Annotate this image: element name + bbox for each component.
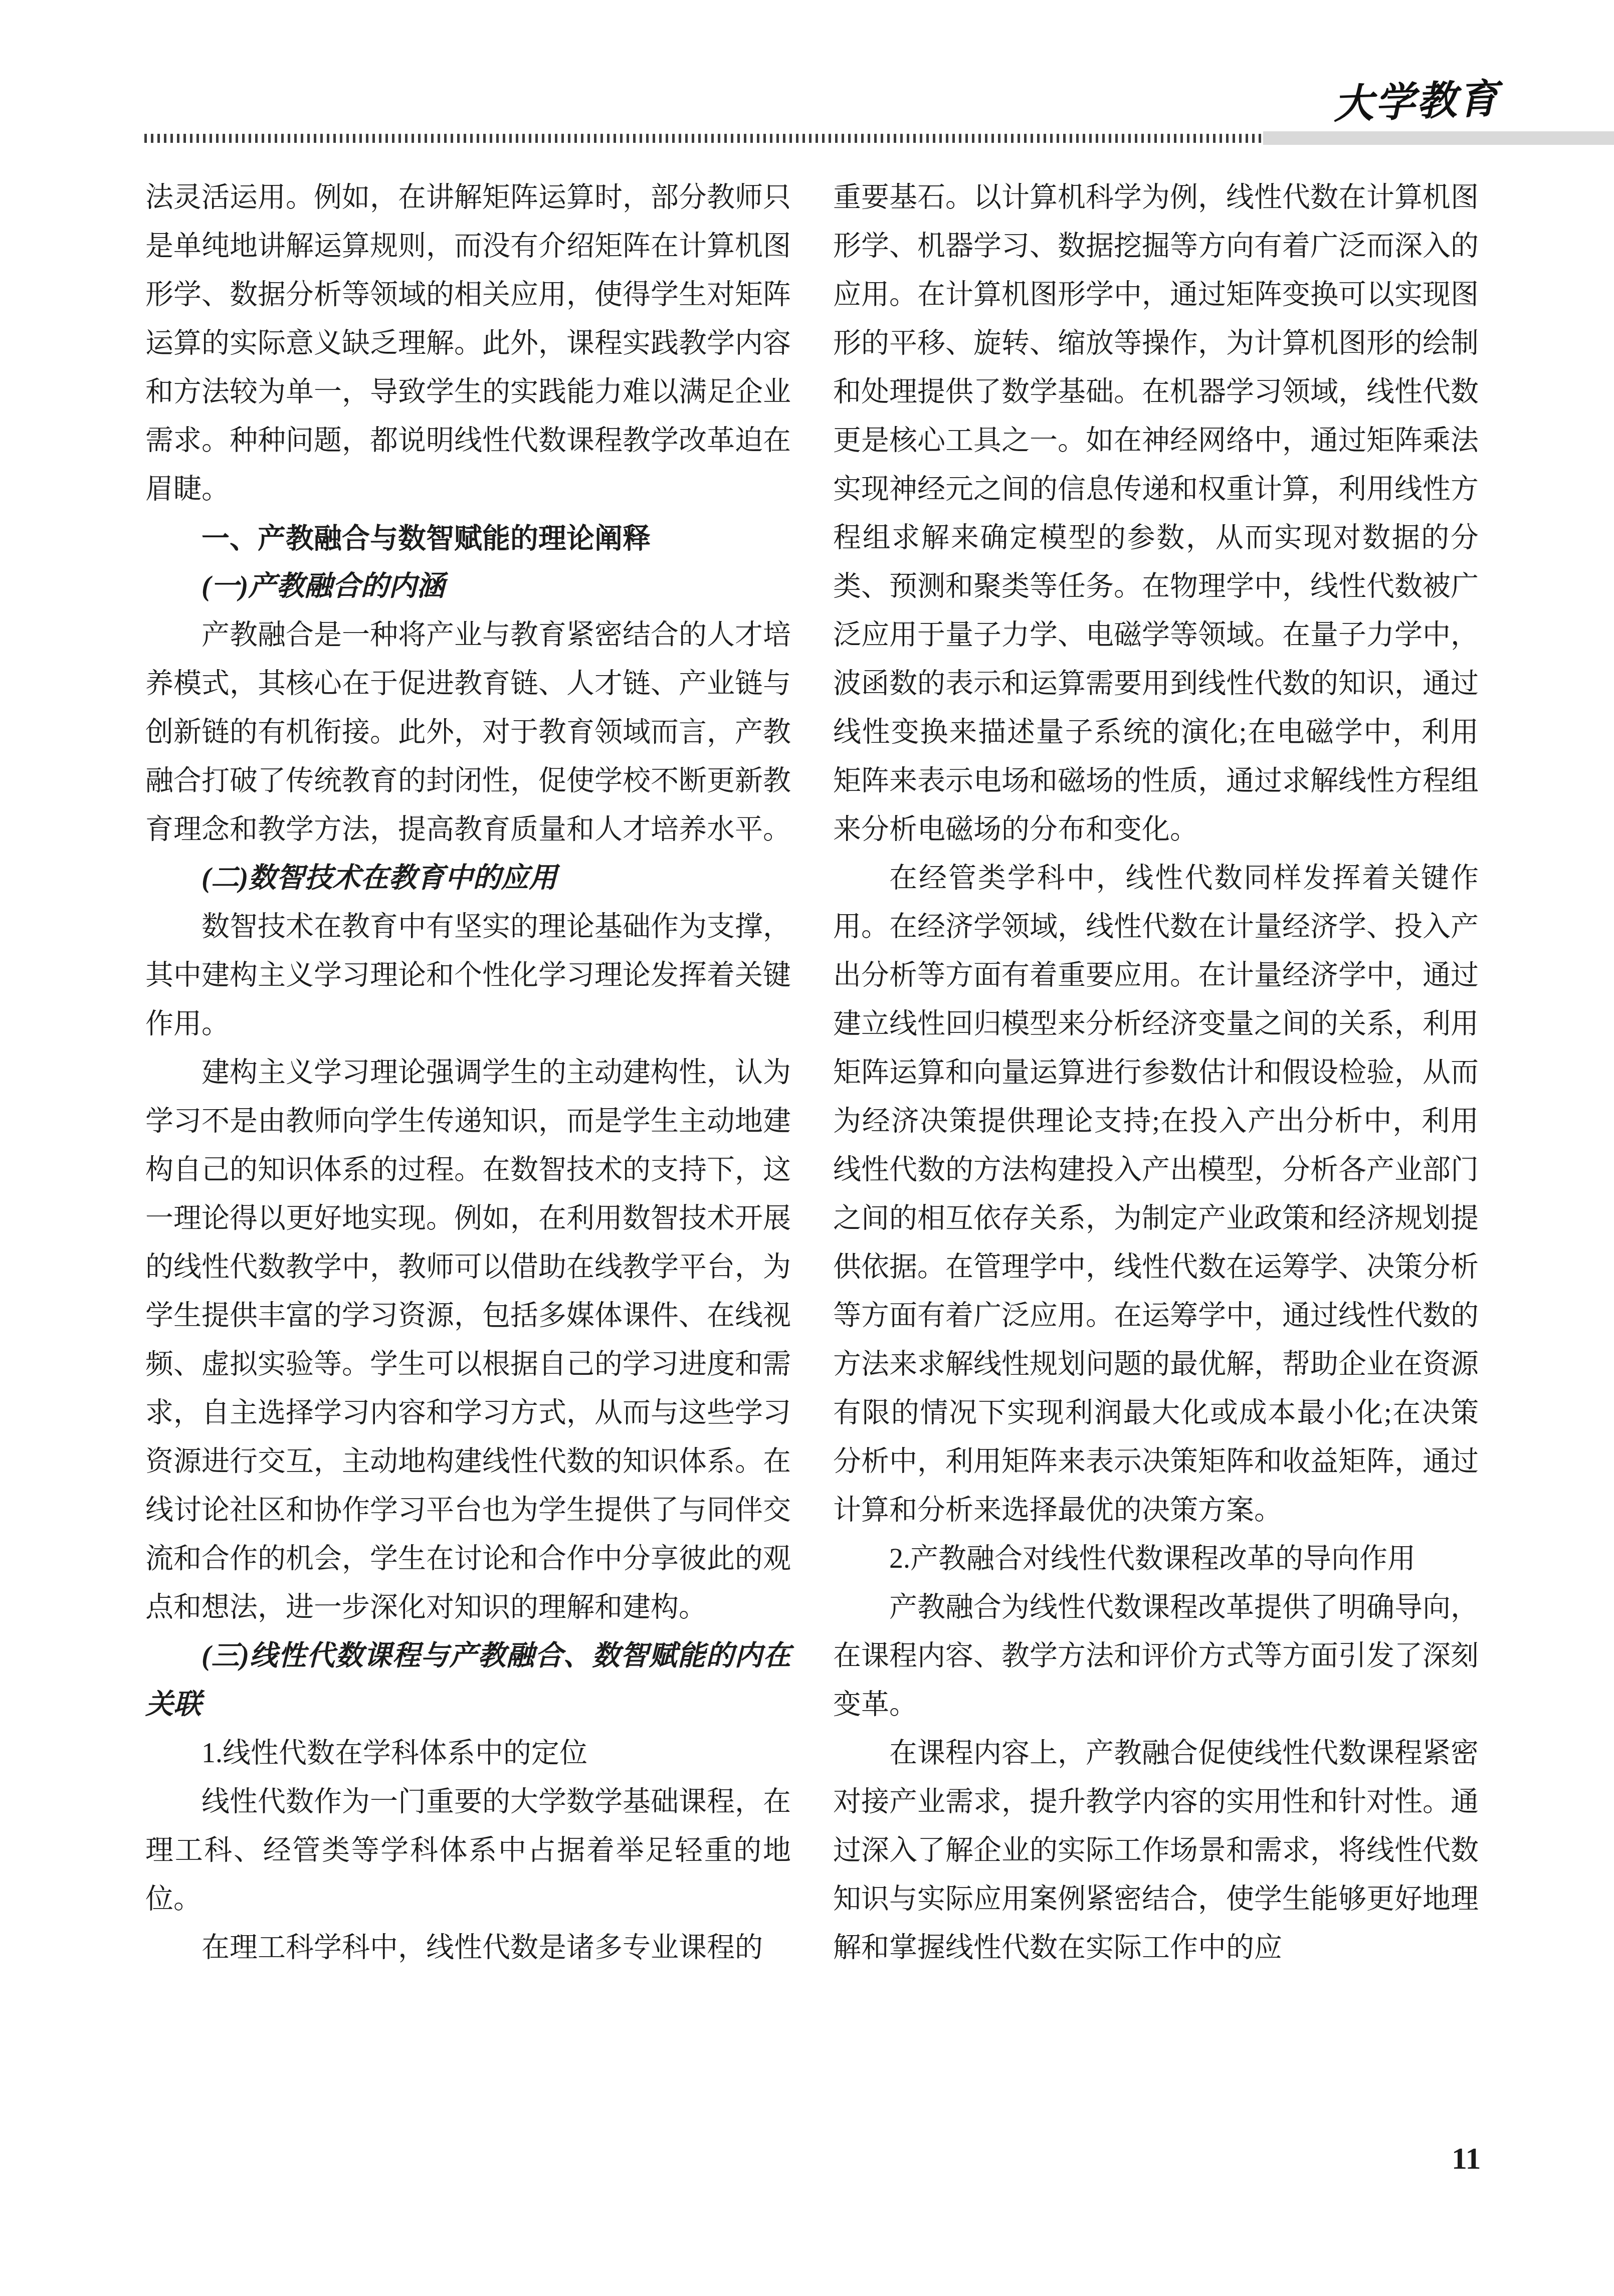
paragraph: 数智技术在教育中有坚实的理论基础作为支撑，其中建构主义学习理论和个性化学习理论发… (145, 903, 791, 1049)
paragraph: 产教融合是一种将产业与教育紧密结合的人才培养模式，其核心在于促进教育链、人才链、… (145, 611, 791, 854)
numbered-subheading: 1.线性代数在学科体系中的定位 (145, 1729, 791, 1778)
paragraph: 建构主义学习理论强调学生的主动建构性，认为学习不是由教师向学生传递知识，而是学生… (145, 1049, 791, 1632)
paragraph: 在理工科学科中，线性代数是诸多专业课程的 (145, 1924, 791, 1972)
subsection-heading: (一)产教融合的内涵 (145, 562, 791, 611)
left-text-column: 法灵活运用。例如，在讲解矩阵运算时，部分教师只是单纯地讲解运算规则，而没有介绍矩… (145, 173, 791, 1972)
paragraph: 在经管类学科中，线性代数同样发挥着关键作用。在经济学领域，线性代数在计量经济学、… (833, 854, 1479, 1535)
paragraph: 线性代数作为一门重要的大学数学基础课程，在理工科、经管类等学科体系中占据着举足轻… (145, 1778, 791, 1924)
journal-page: 大学教育 法灵活运用。例如，在讲解矩阵运算时，部分教师只是单纯地讲解运算规则，而… (0, 0, 1614, 2296)
section-heading: 一、产教融合与数智赋能的理论阐释 (145, 514, 791, 562)
paragraph: 在课程内容上，产教融合促使线性代数课程紧密对接产业需求，提升教学内容的实用性和针… (833, 1729, 1479, 1972)
numbered-subheading: 2.产教融合对线性代数课程改革的导向作用 (833, 1535, 1479, 1583)
subsection-heading: (三)线性代数课程与产教融合、数智赋能的内在关联 (145, 1632, 791, 1729)
right-text-column: 重要基石。以计算机科学为例，线性代数在计算机图形学、机器学习、数据挖掘等方向有着… (833, 173, 1479, 1972)
paragraph: 产教融合为线性代数课程改革提供了明确导向，在课程内容、教学方法和评价方式等方面引… (833, 1583, 1479, 1729)
header-dotted-rule (144, 134, 1263, 143)
page-number: 11 (1452, 2143, 1481, 2174)
paragraph-continuation: 法灵活运用。例如，在讲解矩阵运算时，部分教师只是单纯地讲解运算规则，而没有介绍矩… (145, 173, 791, 514)
subsection-heading: (二)数智技术在教育中的应用 (145, 854, 791, 903)
paragraph-continuation: 重要基石。以计算机科学为例，线性代数在计算机图形学、机器学习、数据挖掘等方向有着… (833, 173, 1479, 854)
header-gray-bar (1263, 131, 1614, 145)
journal-masthead-logo: 大学教育 (1333, 77, 1501, 127)
